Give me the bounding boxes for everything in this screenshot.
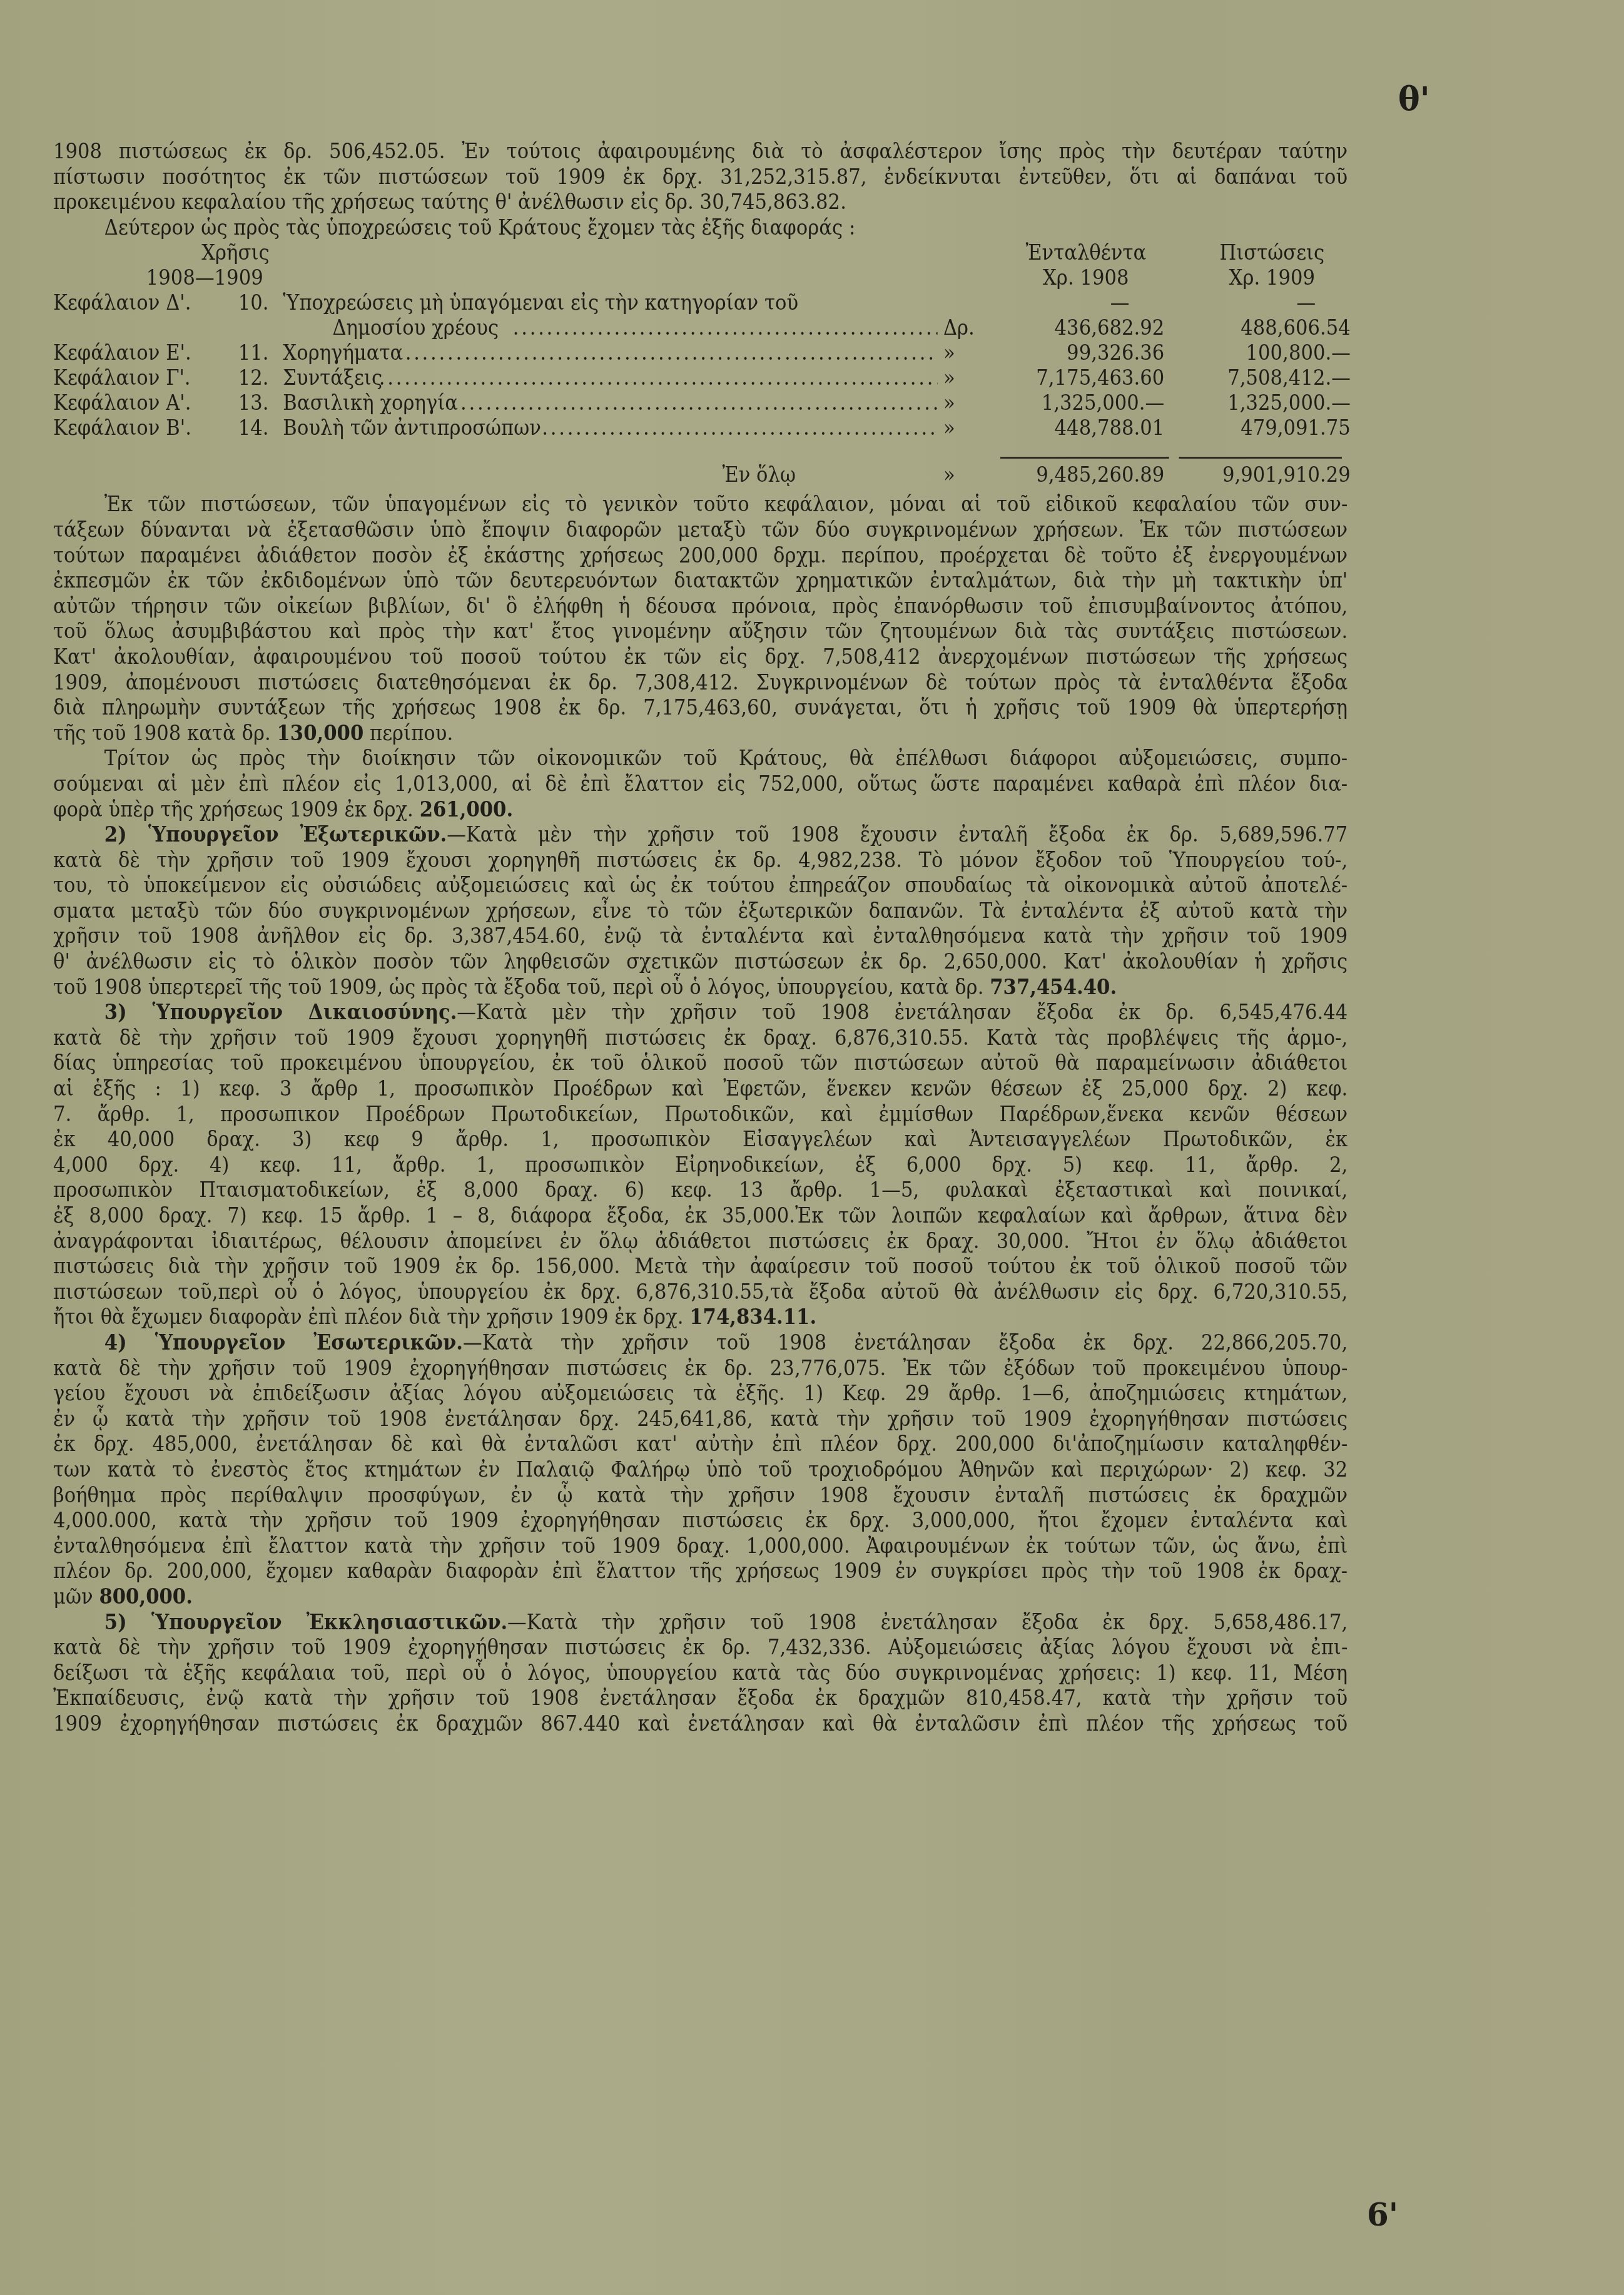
text-line: τῆς τοῦ 1908 κατὰ δρ. 130,000 περίπου. [53, 721, 1347, 746]
chapter-cell: Κεφάλαιον Β'. [53, 415, 191, 441]
total-label: Ἐν ὅλῳ [723, 462, 796, 488]
text-line: του, τὸ ὑποκείμενον εἰς οὐσιώδεις αὐξομε… [53, 873, 1347, 898]
description-cell: Συντάξεις [283, 365, 382, 391]
text-line: θ' ἀνέλθωσιν εἰς τὸ ὁλικὸν ποσὸν τῶν ληφ… [53, 949, 1347, 975]
section-heading: 5) Ὑπουργεῖον Ἐκκλησιαστικῶν. [104, 1610, 507, 1634]
third-paragraph: Τρίτον ὡς πρὸς τὴν διοίκησιν τῶν οἰκονομ… [53, 746, 1347, 822]
page-number-top: θ' [1398, 80, 1430, 118]
sum-rule-1908 [1000, 457, 1169, 459]
item-number-cell: 13. [238, 390, 269, 416]
section-heading: 2) Ὑπουργεῖον Ἐξωτερικῶν. [104, 822, 447, 847]
text-line: 4,000 δρχ. 4) κεφ. 11, ἄρθρ. 1, προσωπικ… [53, 1153, 1347, 1178]
section-first-line: 5) Ὑπουργεῖον Ἐκκλησιαστικῶν.—Κατὰ τὴν χ… [53, 1610, 1347, 1636]
text-line: κατὰ δὲ τὴν χρῆσιν τοῦ 1909 ἔχουσι χορηγ… [53, 848, 1347, 873]
chapter-cell: Κεφάλαιον Γ'. [53, 365, 191, 391]
description-cell: Χορηγήματα [283, 340, 403, 366]
text-line: αὐτῶν τήρησιν τῶν οἰκείων βιβλίων, δι' ὃ… [53, 594, 1347, 619]
second-heading-line: Δεύτερον ὡς πρὸς τὰς ὑποχρεώσεις τοῦ Κρά… [53, 215, 1347, 241]
text-line: σματα μεταξὺ τῶν δύο συγκρινομένων χρήσε… [53, 898, 1347, 924]
document-body: 1908 πιστώσεως ἐκ δρ. 506,452.05. Ἐν τού… [53, 139, 1347, 1736]
col-header-issued-year: Χρ. 1908 [1007, 265, 1164, 291]
unit-cell: » [943, 390, 955, 416]
unit-cell: Δρ. [943, 315, 975, 341]
table-row: Κεφάλαιον Α'. 13. Βασιλικὴ χορηγία .....… [53, 390, 1444, 415]
text-line: 1908 πιστώσεως ἐκ δρ. 506,452.05. Ἐν τού… [53, 139, 1347, 165]
total-1908-cell: 9,485,260.89 [984, 462, 1164, 488]
leader-dots: ........................................… [379, 365, 938, 391]
text-line: ἐνταλθησόμενα ἐπὶ ἔλαττον κατὰ τὴν χρῆσι… [53, 1534, 1347, 1559]
table-header-row-1: Χρῆσις Ἐνταλθέντα Πιστώσεις [53, 240, 1444, 265]
leader-dots: ........................................… [542, 415, 937, 441]
credits-paragraph: Ἐκ τῶν πιστώσεων, τῶν ὑπαγομένων εἰς τὸ … [53, 492, 1347, 746]
text-line: χρῆσιν τοῦ 1908 ἀνῆλθον εἰς δρ. 3,387,45… [53, 924, 1347, 949]
text-line: 1909, ἀπομένουσι πιστώσεις διατεθησόμενα… [53, 670, 1347, 696]
text-line: Τρίτον ὡς πρὸς τὴν διοίκησιν τῶν οἰκονομ… [53, 746, 1347, 771]
section-first-line: 3) Ὑπουργεῖον Δικαιοσύνης.—Κατὰ μὲν τὴν … [53, 1000, 1347, 1025]
value-1908-cell: 436,682.92 [984, 315, 1164, 341]
value-1909-cell: 100,800.— [1170, 340, 1351, 366]
col-header-year-label: Χρῆσις [201, 240, 269, 266]
col-header-credits: Πιστώσεις [1188, 240, 1357, 266]
text-line: μῶν 800,000. [53, 1584, 1347, 1610]
value-1908-cell: 1,325,000.— [984, 390, 1164, 416]
col-header-year-range: 1908—1909 [146, 265, 263, 291]
chapter-cell: Κεφάλαιον Δ'. [53, 290, 191, 316]
highlighted-amount: 800,000. [99, 1584, 192, 1609]
text-line: Ἐκπαίδευσις, ἐνῷ κατὰ τὴν χρῆσιν τοῦ 190… [53, 1686, 1347, 1711]
section-heading: 3) Ὑπουργεῖον Δικαιοσύνης. [104, 1000, 457, 1024]
text-line: ἐν ᾧ κατὰ τὴν χρῆσιν τοῦ 1908 ἐνετάλησαν… [53, 1407, 1347, 1432]
text-line: ἐκ 40,000 δραχ. 3) κεφ 9 ἄρθρ. 1, προσωπ… [53, 1127, 1347, 1153]
obligations-table: Χρῆσις Ἐνταλθέντα Πιστώσεις 1908—1909 Χρ… [53, 240, 1347, 492]
value-1908-cell: 448,788.01 [984, 415, 1164, 441]
sum-rule-1909 [1179, 457, 1342, 459]
table-total-row: Ἐν ὅλῳ » 9,485,260.89 9,901,910.29 [53, 462, 1444, 487]
highlighted-amount: 130,000 [277, 721, 363, 745]
value-1909-placeholder: — [1170, 290, 1351, 316]
text-line: κατὰ δὲ τὴν χρῆσιν τοῦ 1909 ἐχορηγήθησαν… [53, 1356, 1347, 1382]
table-row-continuation: Δημοσίου χρέους ........................… [53, 315, 1444, 340]
unit-cell: » [943, 340, 955, 366]
text-line: των κατὰ τὸ ἐνεστὸς ἔτος κτημάτων ἐν Παλ… [53, 1457, 1347, 1483]
section-first-line: 4) Ὑπουργεῖον Ἐσωτερικῶν.—Κατὰ τὴν χρῆσι… [53, 1330, 1347, 1356]
chapter-cell: Κεφάλαιον Α'. [53, 390, 191, 416]
text-line: σούμεναι αἱ μὲν ἐπὶ πλέον εἰς 1,013,000,… [53, 771, 1347, 797]
text-line: Ἐκ τῶν πιστώσεων, τῶν ὑπαγομένων εἰς τὸ … [53, 492, 1347, 517]
table-header-row-2: 1908—1909 Χρ. 1908 Χρ. 1909 [53, 265, 1444, 290]
col-header-issued: Ἐνταλθέντα [1007, 240, 1164, 266]
text-line: προσωπικὸν Πταισματοδικείων, ἐξ 8,000 δρ… [53, 1178, 1347, 1203]
highlighted-amount: 174,834.11. [689, 1305, 816, 1329]
value-1909-cell: 479,091.75 [1170, 415, 1351, 441]
text-line: ἀναγράφονται ἰδιαιτέρως, θέλουσιν ἀπομεί… [53, 1229, 1347, 1254]
text-line: δίας ὑπηρεσίας τοῦ προκειμένου ὑπουργείο… [53, 1051, 1347, 1076]
text-line: φορὰ ὑπὲρ τῆς χρήσεως 1909 ἐκ δρχ. 261,0… [53, 797, 1347, 823]
text-line: διὰ πληρωμὴν συντάξεων τῆς χρήσεως 1908 … [53, 695, 1347, 721]
text-line: 7. ἄρθρ. 1, προσωπικον Προέδρων Πρωτοδικ… [53, 1102, 1347, 1127]
leader-dots: ........................................… [460, 390, 938, 416]
text-line: πλέον δρ. 200,000, ἔχομεν καθαρὰν διαφορ… [53, 1559, 1347, 1584]
section-first-line: 2) Ὑπουργεῖον Ἐξωτερικῶν.—Κατὰ μὲν τὴν χ… [53, 822, 1347, 848]
intro-paragraph: 1908 πιστώσεως ἐκ δρ. 506,452.05. Ἐν τού… [53, 139, 1347, 215]
text-line: πίστωσιν ποσότητος ἐκ τῶν πιστώσεων τοῦ … [53, 165, 1347, 190]
col-header-credits-year: Χρ. 1909 [1188, 265, 1357, 291]
highlighted-amount: 261,000. [420, 797, 513, 822]
text-line: ἐξ 8,000 δραχ. 7) κεφ. 15 ἄρθρ. 1 – 8, δ… [53, 1203, 1347, 1229]
table-row: Κεφάλαιον Β'. 14. Βουλὴ τῶν ἀντιπροσώπων… [53, 415, 1444, 440]
text-line: 4,000.000, κατὰ τὴν χρῆσιν τοῦ 1909 ἐχορ… [53, 1508, 1347, 1534]
text-line: προκειμένου κεφαλαίου τῆς χρήσεως ταύτης… [53, 190, 1347, 215]
text-line: τοῦ ὅλως ἀσυμβιβάστου καὶ πρὸς τὴν κατ' … [53, 619, 1347, 644]
text-line: ἤτοι θὰ ἔχωμεν διαφορὰν ἐπὶ πλέον διὰ τὴ… [53, 1305, 1347, 1330]
description-cell: Ὑποχρεώσεις μὴ ὑπαγόμεναι εἰς τὴν κατηγο… [283, 290, 798, 316]
unit-cell: » [943, 365, 955, 391]
leader-dots: ........................................… [405, 340, 938, 366]
value-1908-cell: 7,175,463.60 [984, 365, 1164, 391]
text-line: δείξωσι τὰ ἑξῆς κεφάλαια τοῦ, περὶ οὗ ὁ … [53, 1661, 1347, 1686]
highlighted-amount: 737,454.40. [990, 975, 1117, 999]
text-line: αἱ ἑξῆς : 1) κεφ. 3 ἄρθρ 1, προσωπικὸν Π… [53, 1076, 1347, 1102]
text-line: γείου ἔχουσι νὰ ἐπιδείξωσιν ἀξίας λόγου … [53, 1381, 1347, 1407]
description-cell: Βασιλικὴ χορηγία [283, 390, 458, 416]
leader-dots: ........................................… [513, 315, 938, 341]
section-heading: 4) Ὑπουργεῖον Ἐσωτερικῶν. [104, 1330, 463, 1355]
text-line: πιστώσεις διὰ τὴν χρῆσιν τοῦ 1909 ἐκ δρ.… [53, 1254, 1347, 1280]
value-1909-cell: 1,325,000.— [1170, 390, 1351, 416]
table-row: Κεφάλαιον Γ'. 12. Συντάξεις ............… [53, 365, 1444, 390]
total-1909-cell: 9,901,910.29 [1170, 462, 1351, 488]
text-line: βοήθημα πρὸς περίθαλψιν προσφύγων, ἐν ᾧ … [53, 1483, 1347, 1509]
value-1908-placeholder: — [984, 290, 1164, 316]
value-1908-cell: 99,326.36 [984, 340, 1164, 366]
text-line: 1909 ἐχορηγήθησαν πιστώσεις ἐκ δραχμῶν 8… [53, 1711, 1347, 1737]
text-line: πιστώσεων τοῦ,περὶ οὗ ὁ λόγος, ὑπουργείο… [53, 1280, 1347, 1305]
text-line: ἐκπεσμῶν ἐκ τῶν ἐκδιδομένων ὑπὸ τῶν δευτ… [53, 568, 1347, 594]
page-signature-bottom: 6' [1367, 2196, 1398, 2233]
table-row: Κεφάλαιον Δ'. 10. Ὑποχρεώσεις μὴ ὑπαγόμε… [53, 290, 1444, 315]
value-1909-cell: 7,508,412.— [1170, 365, 1351, 391]
chapter-cell: Κεφάλαιον Ε'. [53, 340, 191, 366]
text-line: τούτων παραμένει ἀδιάθετον ποσὸν ἐξ ἑκάσ… [53, 543, 1347, 569]
item-number-cell: 14. [238, 415, 269, 441]
section-foreign-affairs: 2) Ὑπουργεῖον Ἐξωτερικῶν.—Κατὰ μὲν τὴν χ… [53, 822, 1347, 1000]
text-line: ἐκ δρχ. 485,000, ἐνετάλησαν δὲ καὶ θὰ ἐν… [53, 1432, 1347, 1457]
text-line: τοῦ 1908 ὑπερτερεῖ τῆς τοῦ 1909, ὡς πρὸς… [53, 975, 1347, 1000]
item-number-cell: 10. [238, 290, 269, 316]
text-line: τάξεων δύνανται νὰ ἐξετασθῶσιν ὑπὸ ἔποψι… [53, 517, 1347, 543]
table-row: Κεφάλαιον Ε'. 11. Χορηγήματα ...........… [53, 340, 1444, 365]
description-continuation: Δημοσίου χρέους [332, 315, 499, 341]
text-line: Κατ' ἀκολουθίαν, ἀφαιρουμένου τοῦ ποσοῦ … [53, 644, 1347, 670]
description-cell: Βουλὴ τῶν ἀντιπροσώπων [283, 415, 541, 441]
unit-cell: » [943, 415, 955, 441]
section-ecclesiastical: 5) Ὑπουργεῖον Ἐκκλησιαστικῶν.—Κατὰ τὴν χ… [53, 1610, 1347, 1737]
value-1909-cell: 488,606.54 [1170, 315, 1351, 341]
unit-cell: » [943, 462, 955, 488]
section-justice: 3) Ὑπουργεῖον Δικαιοσύνης.—Κατὰ μὲν τὴν … [53, 1000, 1347, 1330]
text-line: κατὰ δὲ τὴν χρῆσιν τοῦ 1909 ἐχορηγήθησαν… [53, 1635, 1347, 1661]
text-line: κατὰ δὲ τὴν χρῆσιν τοῦ 1909 ἔχουσι χορηγ… [53, 1025, 1347, 1051]
section-interior: 4) Ὑπουργεῖον Ἐσωτερικῶν.—Κατὰ τὴν χρῆσι… [53, 1330, 1347, 1610]
item-number-cell: 11. [238, 340, 269, 366]
item-number-cell: 12. [238, 365, 269, 391]
